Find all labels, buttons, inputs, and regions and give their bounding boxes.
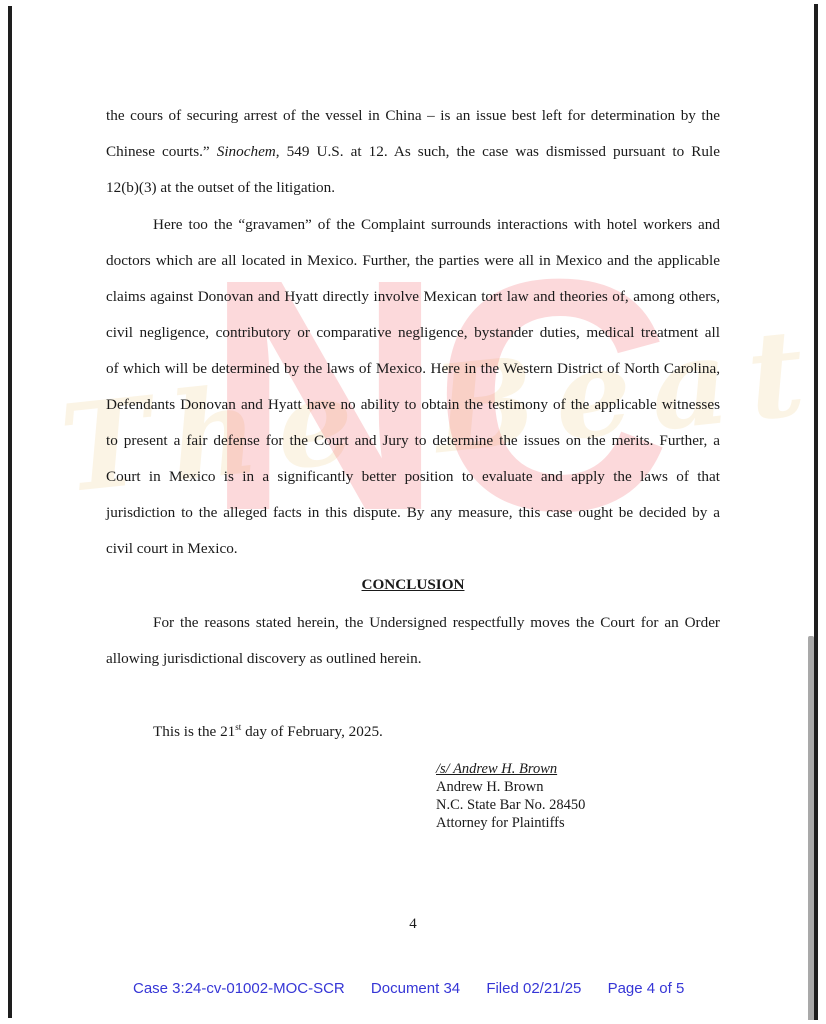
- text-line: civil court in Mexico.: [106, 531, 720, 567]
- text-line: doctors which are all located in Mexico.…: [106, 243, 720, 279]
- page-count: Page 4 of 5: [608, 980, 685, 997]
- conclusion-heading: CONCLUSION: [0, 576, 826, 594]
- text-line: allowing jurisdictional discovery as out…: [106, 641, 720, 677]
- scrollbar-thumb[interactable]: [808, 636, 814, 1020]
- signer-name: Andrew H. Brown: [436, 778, 585, 796]
- filed-date: Filed 02/21/25: [486, 980, 581, 997]
- paragraph-1: the cours of securing arrest of the vess…: [106, 98, 720, 206]
- paragraph-2: Here too the “gravamen” of the Complaint…: [106, 207, 720, 567]
- left-border: [8, 6, 12, 1018]
- text-line: jurisdiction to the alleged facts in thi…: [106, 495, 720, 531]
- case-citation: Sinochem: [217, 143, 276, 160]
- text-line: of which will be determined by the laws …: [106, 351, 720, 387]
- text-line: Defendants Donovan and Hyatt have no abi…: [106, 387, 720, 423]
- date-line: This is the 21st day of February, 2025.: [153, 722, 383, 741]
- case-number: Case 3:24-cv-01002-MOC-SCR: [133, 980, 345, 997]
- text-line: Court in Mexico is in a significantly be…: [106, 459, 720, 495]
- conclusion-paragraph: For the reasons stated herein, the Under…: [106, 605, 720, 677]
- signer-role: Attorney for Plaintiffs: [436, 814, 585, 832]
- text-line: the cours of securing arrest of the vess…: [106, 98, 720, 134]
- document-number: Document 34: [371, 980, 460, 997]
- text-line: to present a fair defense for the Court …: [106, 423, 720, 459]
- electronic-signature: /s/ Andrew H. Brown: [436, 760, 585, 778]
- text-line: civil negligence, contributory or compar…: [106, 315, 720, 351]
- signature-block: /s/ Andrew H. Brown Andrew H. Brown N.C.…: [436, 760, 585, 832]
- bar-number: N.C. State Bar No. 28450: [436, 796, 585, 814]
- text-line: Chinese courts.” Sinochem, 549 U.S. at 1…: [106, 134, 720, 170]
- text-line: For the reasons stated herein, the Under…: [106, 605, 720, 641]
- text-line: 12(b)(3) at the outset of the litigation…: [106, 170, 720, 206]
- page-number: 4: [0, 916, 826, 933]
- text-line: Here too the “gravamen” of the Complaint…: [106, 207, 720, 243]
- filing-footer: Case 3:24-cv-01002-MOC-SCR Document 34 F…: [133, 980, 706, 997]
- text-line: claims against Donovan and Hyatt directl…: [106, 279, 720, 315]
- right-border: [814, 4, 818, 1020]
